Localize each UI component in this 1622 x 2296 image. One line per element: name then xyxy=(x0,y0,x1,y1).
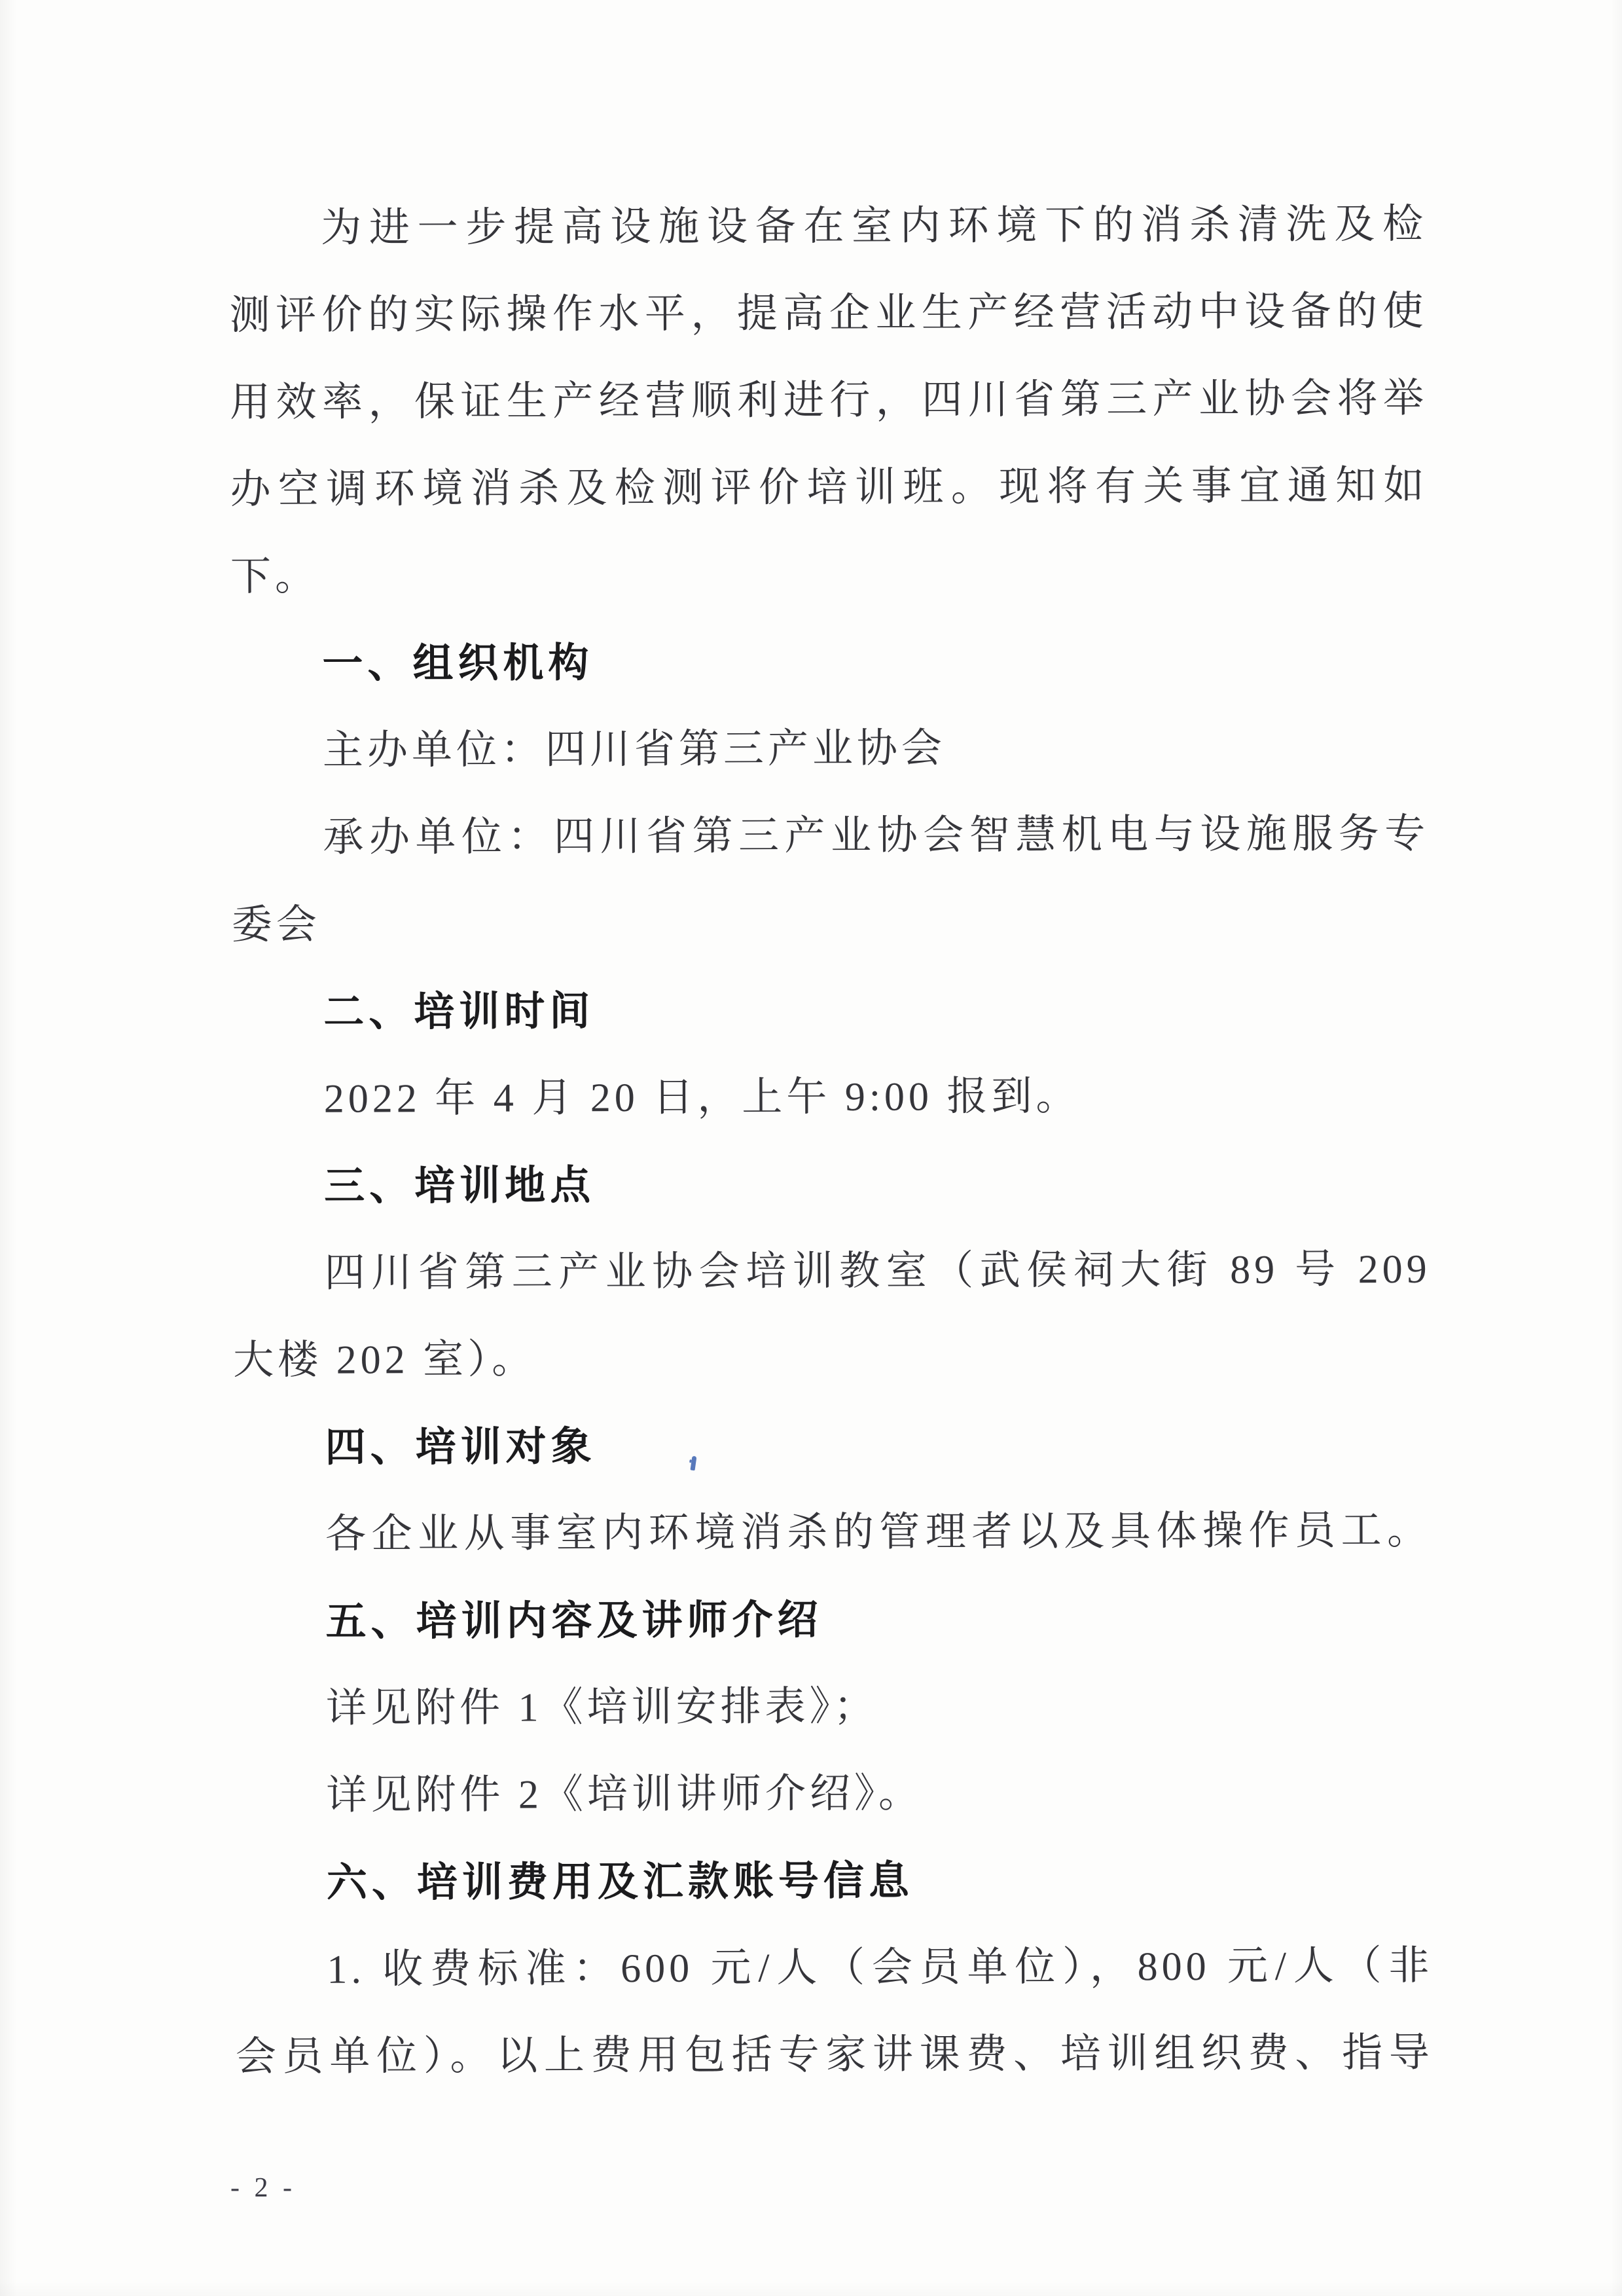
section-heading-training-content: 五、培训内容及讲师介绍 xyxy=(234,1575,1432,1666)
body-line: 办空调环境消杀及检测评价培训班。现将有关事宜通知如 xyxy=(230,443,1428,534)
scanned-page: 为进一步提高设施设备在室内环境下的消杀清洗及检 测评价的实际操作水平，提高企业生… xyxy=(0,0,1622,2296)
body-line-training-date: 2022 年 4 月 20 日，上午 9:00 报到。 xyxy=(232,1052,1430,1143)
body-line: 下。 xyxy=(230,530,1428,621)
section-heading-training-location: 三、培训地点 xyxy=(232,1139,1430,1230)
body-line-organizer: 承办单位：四川省第三产业协会智慧机电与设施服务专 xyxy=(231,791,1429,882)
body-line-fee-standard: 1. 收费标准：600 元/人（会员单位），800 元/人（非 xyxy=(235,1923,1433,2014)
body-line: 用效率，保证生产经营顺利进行，四川省第三产业协会将举 xyxy=(230,355,1428,446)
body-line-host-unit: 主办单位：四川省第三产业协会 xyxy=(231,704,1429,795)
body-line: 会员单位）。以上费用包括专家讲课费、培训组织费、指导 xyxy=(236,2010,1433,2101)
section-heading-fees: 六、培训费用及汇款账号信息 xyxy=(235,1836,1433,1927)
page-number: - 2 - xyxy=(230,2172,296,2204)
body-line: 测评价的实际操作水平，提高企业生产经营活动中设备的使 xyxy=(229,268,1427,359)
body-line: 大楼 202 室）。 xyxy=(233,1313,1431,1404)
body-line: 为进一步提高设施设备在室内环境下的消杀清洗及检 xyxy=(229,181,1427,272)
body-line-address: 四川省第三产业协会培训教室（武侯祠大街 89 号 209 xyxy=(232,1226,1430,1317)
document-body: 为进一步提高设施设备在室内环境下的消杀清洗及检 测评价的实际操作水平，提高企业生… xyxy=(229,181,1433,2101)
section-heading-organization: 一、组织机构 xyxy=(230,617,1428,708)
body-line-attachment-2: 详见附件 2《培训讲师介绍》。 xyxy=(234,1749,1432,1840)
body-line-audience: 各企业从事室内环境消杀的管理者以及具体操作员工。 xyxy=(234,1487,1432,1578)
body-line: 委会 xyxy=(232,878,1430,969)
section-heading-training-time: 二、培训时间 xyxy=(232,965,1430,1056)
body-line-attachment-1: 详见附件 1《培训安排表》； xyxy=(234,1662,1432,1753)
section-heading-training-audience: 四、培训对象 xyxy=(233,1400,1431,1491)
